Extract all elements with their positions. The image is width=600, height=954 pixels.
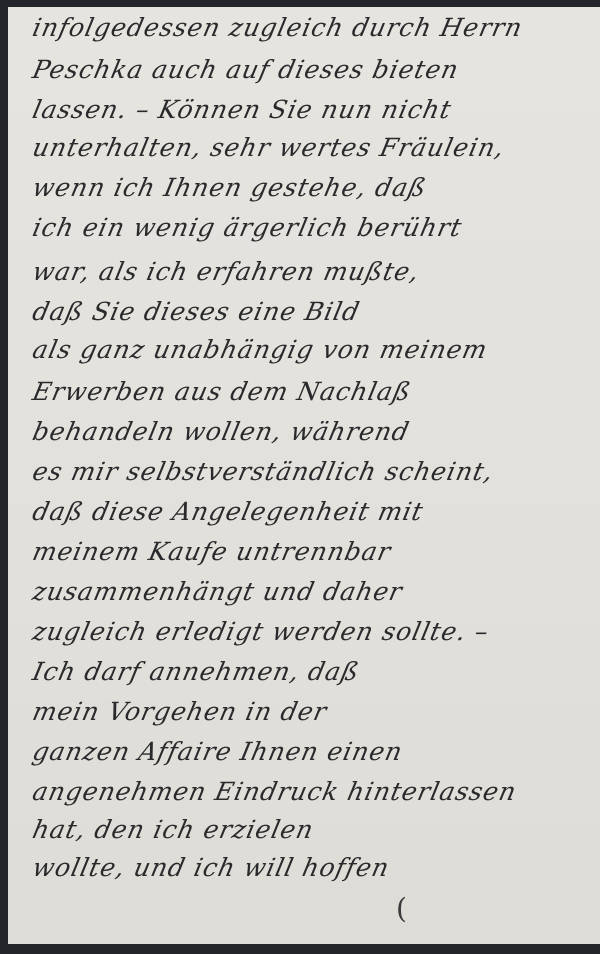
text-line: als ganz unabhängig von meinem <box>30 335 490 364</box>
text-line: behandeln wollen, während <box>30 417 412 446</box>
text-line: hat, den ich erzielen <box>30 815 317 844</box>
text-line: Peschka auch auf dieses bieten <box>30 55 462 84</box>
text-line: daß diese Angelegenheit mit <box>30 497 426 526</box>
text-line: zusammenhängt und daher <box>30 577 405 606</box>
text-line: meinem Kaufe untrennbar <box>30 537 394 566</box>
text-line: es mir selbstverständlich scheint, <box>30 457 496 486</box>
text-line: wollte, und ich will hoffen <box>30 853 392 882</box>
text-line: zugleich erledigt werden sollte. – <box>30 617 492 646</box>
text-line: Ich darf annehmen, daß <box>30 657 362 686</box>
text-line: angenehmen Eindruck hinterlassen <box>30 777 519 806</box>
bottom-pencil-mark: ( <box>396 892 407 925</box>
text-line: unterhalten, sehr wertes Fräulein, <box>30 133 508 162</box>
letter-page: infolgedessen zugleich durch Herrn Pesch… <box>8 7 600 944</box>
text-line: war, als ich erfahren mußte, <box>30 257 422 286</box>
text-line: lassen. – Können Sie nun nicht <box>30 95 454 124</box>
text-line: ganzen Affaire Ihnen einen <box>30 737 406 766</box>
text-line: daß Sie dieses eine Bild <box>30 297 363 326</box>
text-line: Erwerben aus dem Nachlaß <box>30 377 414 406</box>
text-line: mein Vorgehen in der <box>30 697 330 726</box>
text-line: wenn ich Ihnen gestehe, daß <box>30 173 429 202</box>
text-line: infolgedessen zugleich durch Herrn <box>30 13 525 42</box>
text-line: ich ein wenig ärgerlich berührt <box>30 213 465 242</box>
